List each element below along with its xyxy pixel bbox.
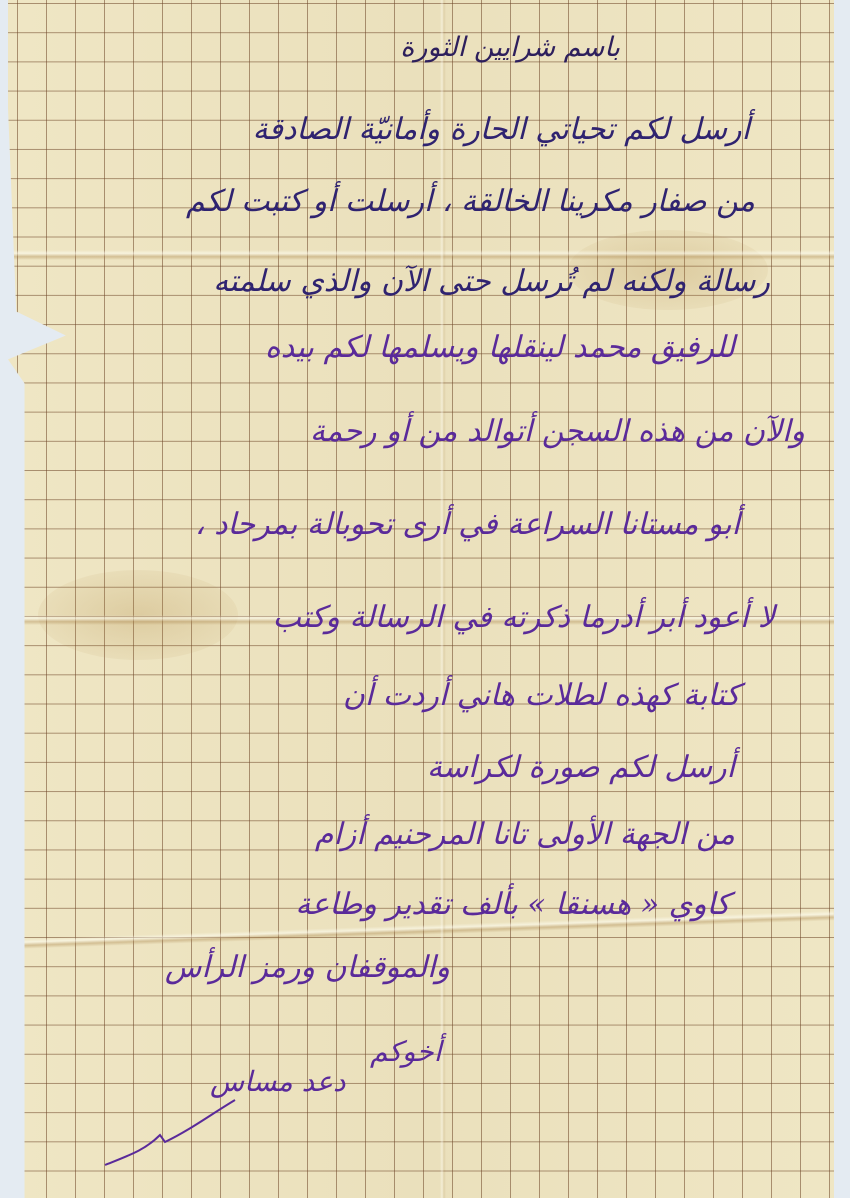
letter-line: والآن من هذه السجن أتوالد من أو رحمة xyxy=(310,412,805,452)
letter-line: أرسل لكم تحياتي الحارة وأمانيّة الصادقة xyxy=(253,110,750,150)
signature-flourish xyxy=(100,1070,240,1170)
letter-line: رسالة ولكنه لم تُرسل حتى الآن والذي سلمت… xyxy=(213,262,770,302)
letter-closing: أخوكم xyxy=(370,1035,442,1068)
letter-line: للرفيق محمد لينقلها ويسلمها لكم بيده xyxy=(265,328,735,368)
letter-line: أرسل لكم صورة لكراسة xyxy=(427,748,735,788)
fold-crease xyxy=(8,250,834,260)
letter-line: من صفار مكرينا الخالقة ، أرسلت أو كتبت ل… xyxy=(186,182,755,222)
letter-line: من الجهة الأولى تانا المرحنيم أزام xyxy=(315,815,735,855)
letter-line: كتابة كهذه لطلات هاني أردت أن xyxy=(343,676,740,716)
letter-title: باسم شرايين الثورة xyxy=(400,28,620,68)
letter-line: أبو مستانا السراعة في أرى تحوبالة بمرحاد… xyxy=(195,505,740,545)
letter-line: والموقفان ورمز الرأس xyxy=(165,948,450,988)
letter-line: لا أعود أبر أدرما ذكرته في الرسالة وكتب xyxy=(273,598,775,638)
letter-line: كاوي « هسنقا » بألف تقدير وطاعة xyxy=(295,885,730,925)
